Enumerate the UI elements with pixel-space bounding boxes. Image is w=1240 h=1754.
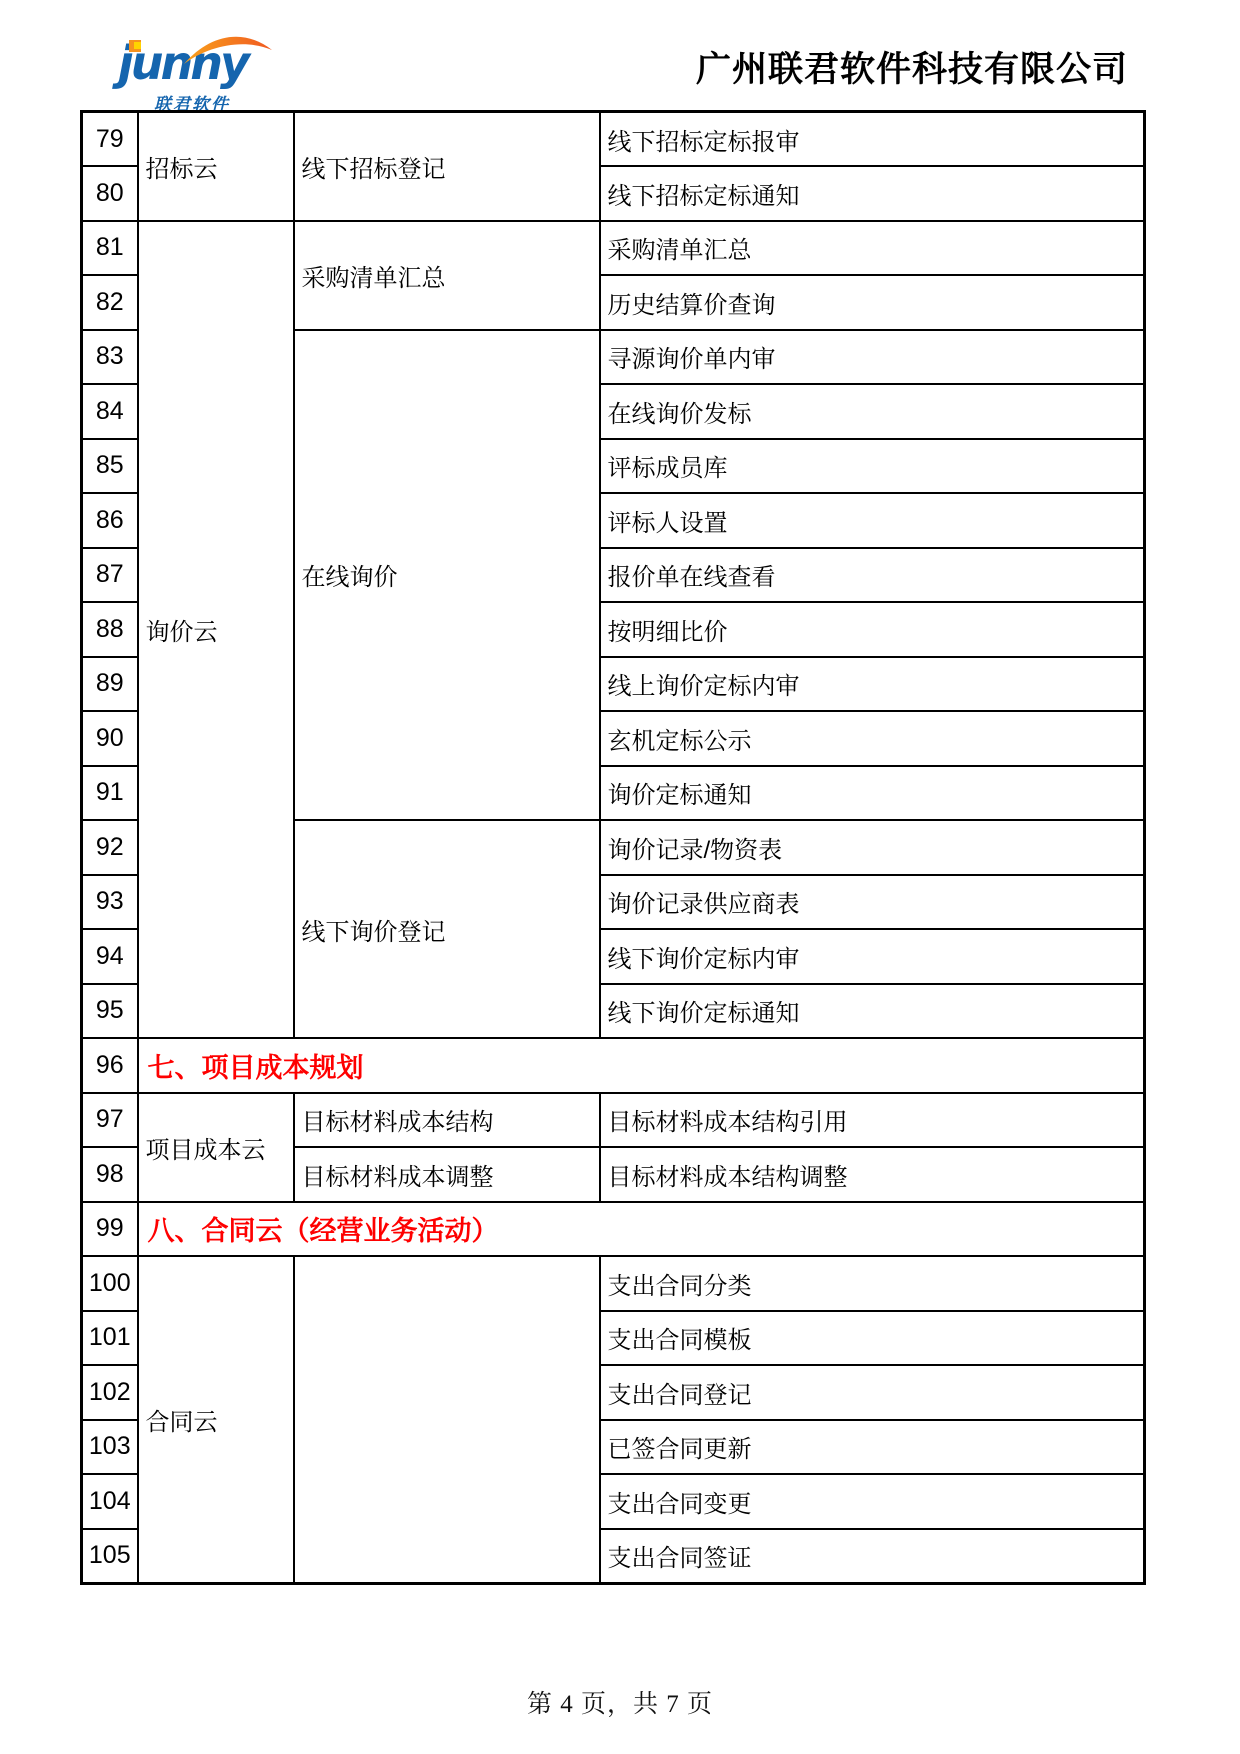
subcategory-cell [294, 1256, 600, 1583]
logo-square-small-icon [134, 42, 141, 49]
item-cell: 线上询价定标内审 [600, 657, 1145, 712]
item-cell: 询价记录供应商表 [600, 875, 1145, 930]
item-cell: 按明细比价 [600, 602, 1145, 657]
table-row: 97 项目成本云 目标材料成本结构 目标材料成本结构引用 [82, 1093, 1145, 1148]
item-cell: 询价定标通知 [600, 766, 1145, 821]
row-number: 105 [82, 1529, 138, 1584]
table-row: 81 询价云 采购清单汇总 采购清单汇总 [82, 221, 1145, 276]
category-cell: 询价云 [138, 221, 294, 1039]
item-cell: 寻源询价单内审 [600, 330, 1145, 385]
item-cell: 支出合同分类 [600, 1256, 1145, 1311]
subcategory-cell: 线下询价登记 [294, 820, 600, 1038]
row-number: 81 [82, 221, 138, 276]
item-cell: 报价单在线查看 [600, 548, 1145, 603]
row-number: 100 [82, 1256, 138, 1311]
table-row: 96 七、项目成本规划 [82, 1038, 1145, 1093]
row-number: 92 [82, 820, 138, 875]
item-cell: 评标成员库 [600, 439, 1145, 494]
row-number: 85 [82, 439, 138, 494]
item-cell: 历史结算价查询 [600, 275, 1145, 330]
logo-square-icon [129, 40, 141, 52]
company-logo: junny 联君软件 [118, 34, 278, 106]
item-cell: 目标材料成本结构引用 [600, 1093, 1145, 1148]
row-number: 86 [82, 493, 138, 548]
row-number: 95 [82, 984, 138, 1039]
row-number: 90 [82, 711, 138, 766]
table-row: 79 招标云 线下招标登记 线下招标定标报审 [82, 112, 1145, 167]
row-number: 83 [82, 330, 138, 385]
item-cell: 线下询价定标内审 [600, 929, 1145, 984]
item-cell: 支出合同登记 [600, 1365, 1145, 1420]
row-number: 91 [82, 766, 138, 821]
row-number: 104 [82, 1474, 138, 1529]
row-number: 103 [82, 1420, 138, 1475]
row-number: 102 [82, 1365, 138, 1420]
subcategory-cell: 在线询价 [294, 330, 600, 821]
item-cell: 支出合同签证 [600, 1529, 1145, 1584]
company-name: 广州联君软件科技有限公司 [696, 42, 1128, 92]
row-number: 101 [82, 1311, 138, 1366]
row-number: 99 [82, 1202, 138, 1257]
item-cell: 已签合同更新 [600, 1420, 1145, 1475]
item-cell: 支出合同变更 [600, 1474, 1145, 1529]
item-cell: 采购清单汇总 [600, 221, 1145, 276]
table-row: 99 八、合同云（经营业务活动） [82, 1202, 1145, 1257]
row-number: 89 [82, 657, 138, 712]
item-cell: 目标材料成本结构调整 [600, 1147, 1145, 1202]
category-cell: 合同云 [138, 1256, 294, 1583]
module-list-table: 79 招标云 线下招标登记 线下招标定标报审 80 线下招标定标通知 81 询价… [80, 110, 1146, 1585]
row-number: 88 [82, 602, 138, 657]
subcategory-cell: 目标材料成本结构 [294, 1093, 600, 1148]
item-cell: 在线询价发标 [600, 384, 1145, 439]
item-cell: 评标人设置 [600, 493, 1145, 548]
item-cell: 询价记录/物资表 [600, 820, 1145, 875]
row-number: 80 [82, 166, 138, 221]
page-number: 第 4 页，共 7 页 [0, 1684, 1240, 1720]
row-number: 94 [82, 929, 138, 984]
row-number: 97 [82, 1093, 138, 1148]
item-cell: 线下招标定标通知 [600, 166, 1145, 221]
category-cell: 招标云 [138, 112, 294, 221]
item-cell: 支出合同模板 [600, 1311, 1145, 1366]
subcategory-cell: 线下招标登记 [294, 112, 600, 221]
table-row: 100 合同云 支出合同分类 [82, 1256, 1145, 1311]
section-header-cell: 八、合同云（经营业务活动） [138, 1202, 1145, 1257]
row-number: 98 [82, 1147, 138, 1202]
row-number: 96 [82, 1038, 138, 1093]
row-number: 84 [82, 384, 138, 439]
item-cell: 线下招标定标报审 [600, 112, 1145, 167]
row-number: 93 [82, 875, 138, 930]
section-header-cell: 七、项目成本规划 [138, 1038, 1145, 1093]
row-number: 87 [82, 548, 138, 603]
logo-swoosh-icon [182, 30, 274, 66]
subcategory-cell: 采购清单汇总 [294, 221, 600, 330]
row-number: 82 [82, 275, 138, 330]
row-number: 79 [82, 112, 138, 167]
document-page: junny 联君软件 广州联君软件科技有限公司 79 招标云 线下招标登记 [0, 0, 1240, 1754]
category-cell: 项目成本云 [138, 1093, 294, 1202]
item-cell: 玄机定标公示 [600, 711, 1145, 766]
subcategory-cell: 目标材料成本调整 [294, 1147, 600, 1202]
item-cell: 线下询价定标通知 [600, 984, 1145, 1039]
